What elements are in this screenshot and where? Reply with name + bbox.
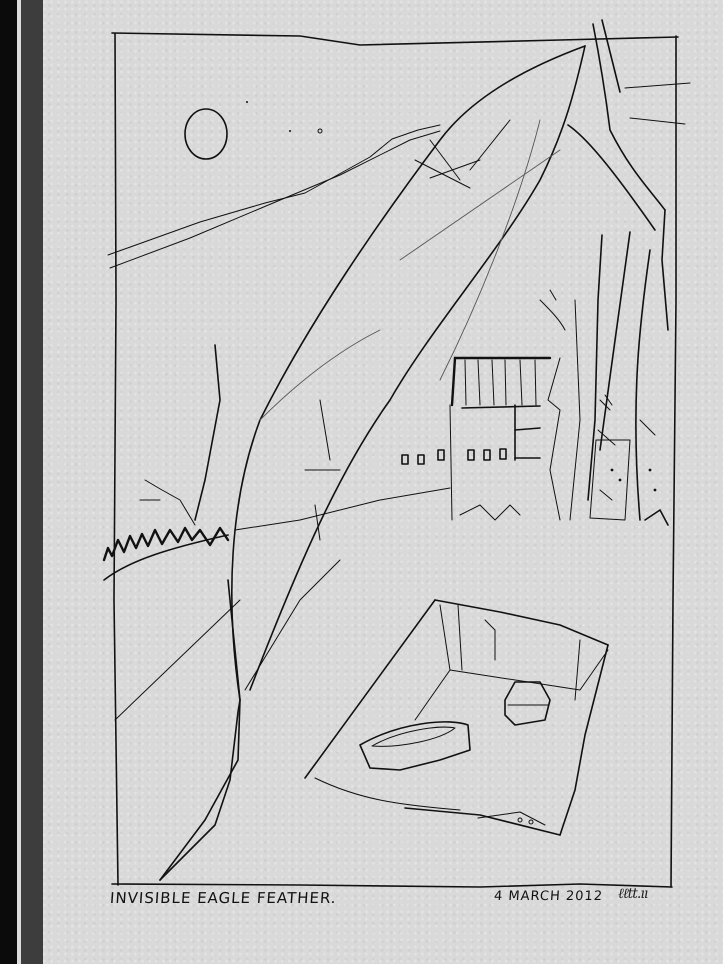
frame-border — [112, 33, 678, 887]
ink-sketch — [0, 0, 723, 964]
pot-object — [505, 682, 550, 725]
trees — [540, 232, 668, 525]
building — [402, 358, 560, 520]
tub-object — [360, 722, 470, 770]
hill-ridge — [108, 125, 440, 268]
building-windows — [402, 449, 506, 464]
feather-spine — [160, 560, 340, 880]
moon — [185, 109, 227, 159]
construction-lines — [115, 400, 450, 720]
tree-trunk — [568, 20, 690, 330]
artist-signature: ℓℓtt.ıı — [618, 886, 647, 903]
artwork-date-caption: 4 MARCH 2012 — [493, 889, 603, 904]
feather-shape — [160, 46, 585, 880]
stars — [246, 101, 322, 133]
shrubs — [104, 345, 228, 580]
artwork-title-caption: INVISIBLE EAGLE FEATHER. — [109, 889, 337, 907]
open-box — [305, 600, 608, 835]
